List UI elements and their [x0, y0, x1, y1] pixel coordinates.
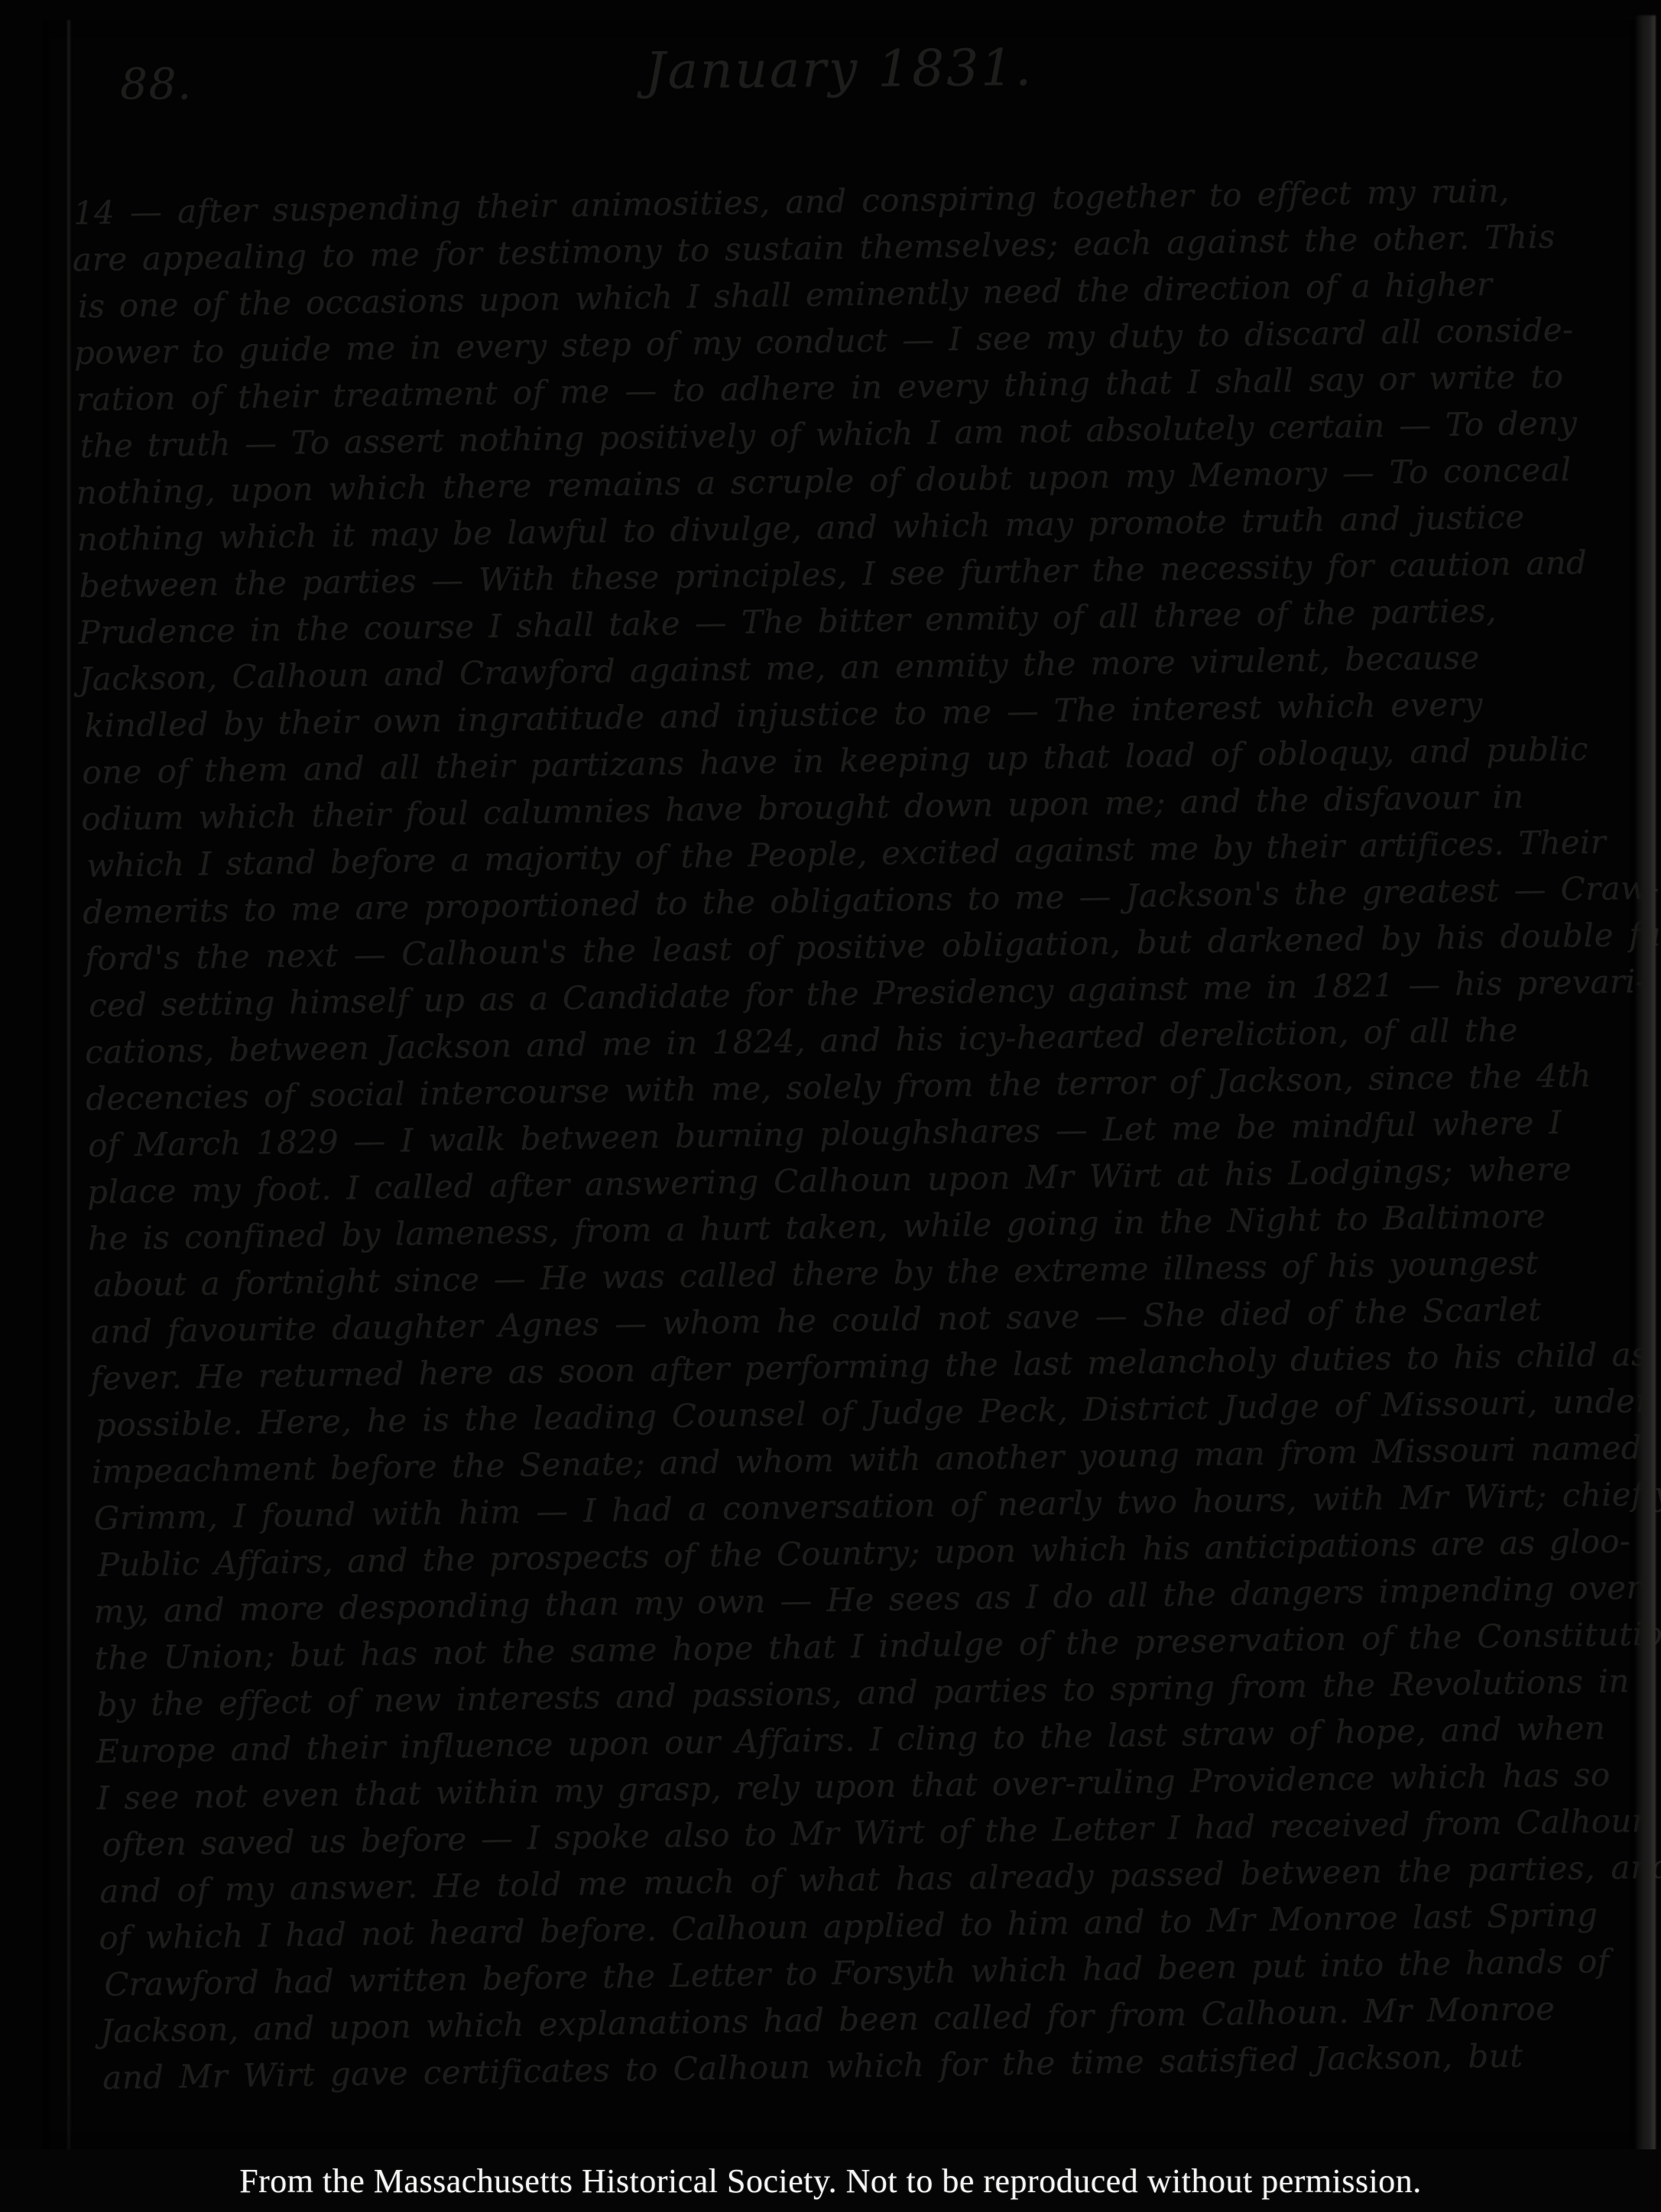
binding-crease	[67, 20, 70, 2151]
manuscript-page: 88. January 1831. 14 — after suspending …	[42, 20, 1637, 2151]
scanned-diary-page: 88. January 1831. 14 — after suspending …	[0, 0, 1661, 2212]
manuscript-text: 14 — after suspending their animosities,…	[71, 166, 1628, 2101]
page-edge-shadow	[1634, 15, 1656, 2152]
caption-bar: From the Massachusetts Historical Societ…	[0, 2149, 1661, 2212]
header-date: January 1831.	[42, 33, 1637, 105]
caption-text: From the Massachusetts Historical Societ…	[239, 2162, 1422, 2201]
